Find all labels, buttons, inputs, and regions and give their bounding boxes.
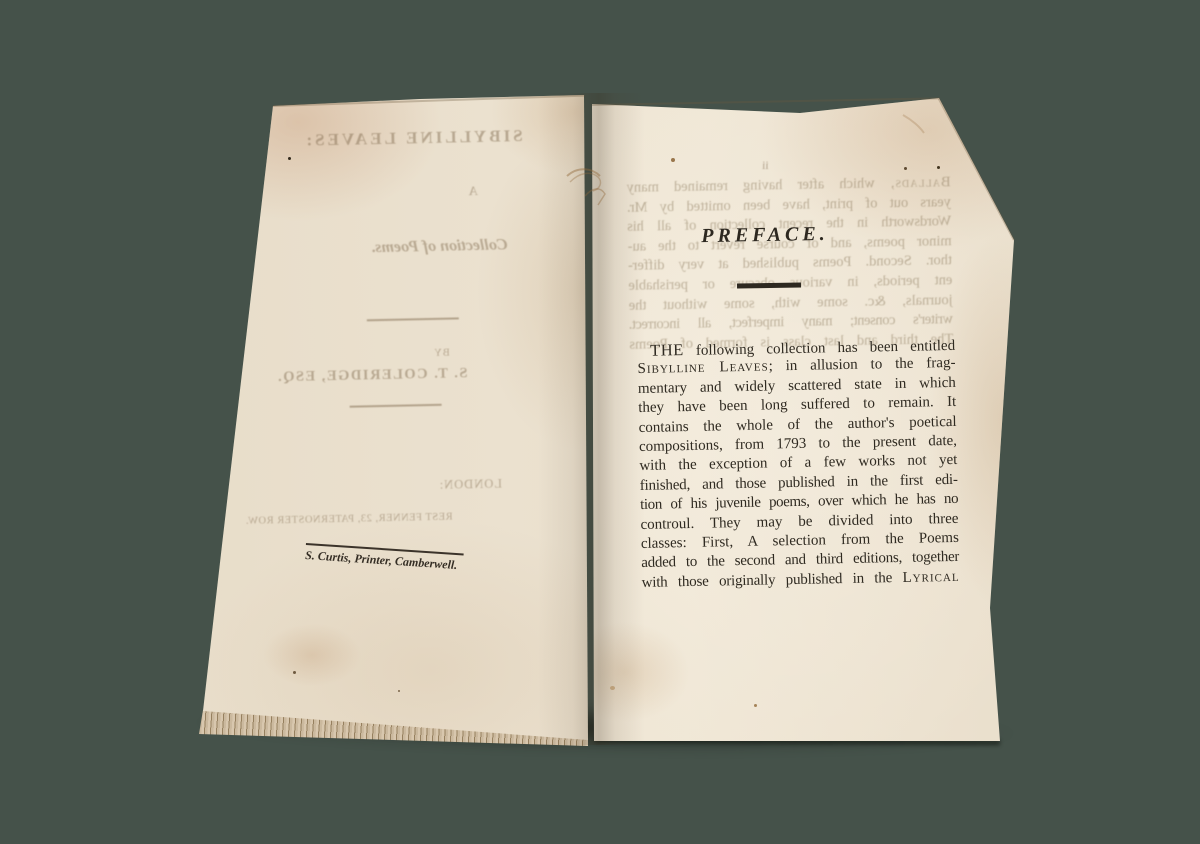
foxing-speck bbox=[904, 167, 907, 170]
foxing-speck bbox=[671, 158, 675, 162]
foxing-speck bbox=[937, 166, 940, 169]
foxing-speck bbox=[398, 690, 400, 692]
foxing-speck bbox=[293, 671, 296, 674]
foxing-speck bbox=[754, 704, 757, 707]
foxing-speck bbox=[610, 686, 615, 690]
book-photograph: SIBYLLINE LEAVES: A Collection of Poems.… bbox=[0, 0, 1200, 844]
foxing-speck bbox=[288, 157, 291, 160]
gutter-stain-marks bbox=[0, 0, 1200, 844]
